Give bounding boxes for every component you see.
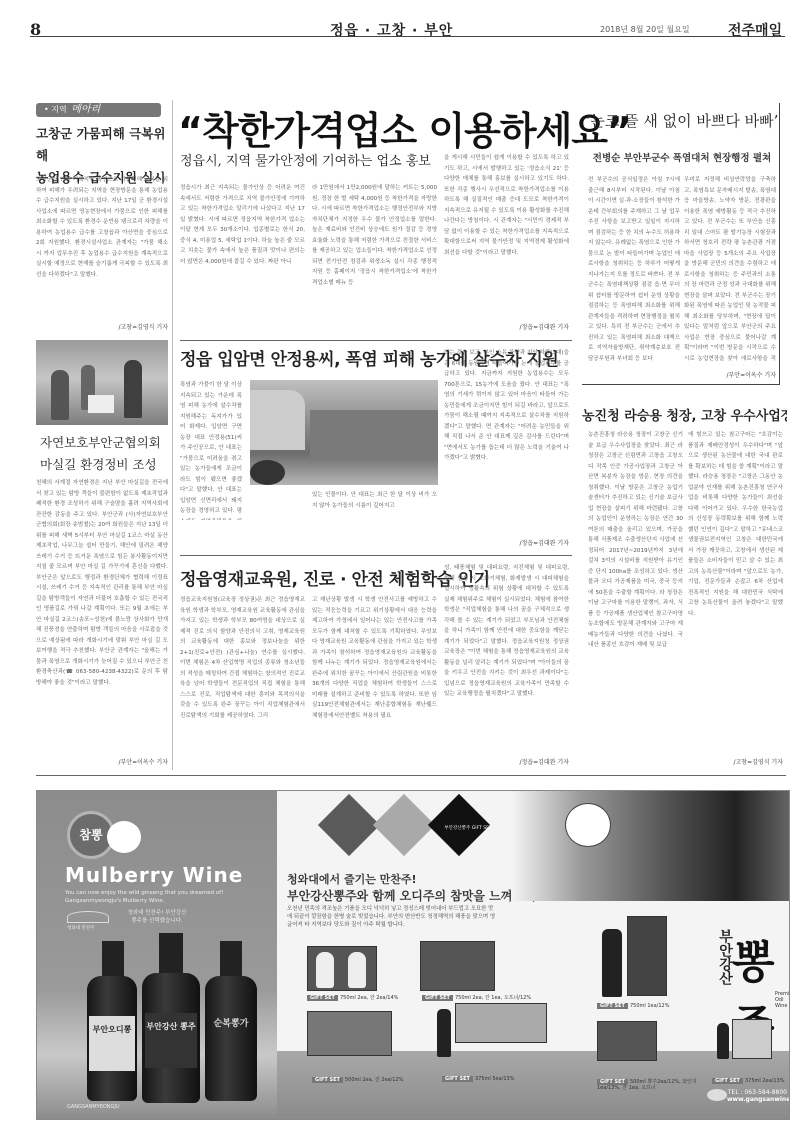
lead-byline: /정읍=김대완 기자 [444, 322, 569, 331]
maker-name: GANGSANMYEONGJU [67, 1103, 120, 1111]
fruit-diamond [373, 794, 435, 856]
giftset-label: GIFT SET375ml 5ea/13% [442, 1076, 514, 1082]
giftbox-wine-set [597, 1021, 657, 1061]
boxed-byline: /부안=이옥수 기자 [684, 370, 776, 379]
corner-byline: /고창=김영식 기자 [36, 322, 168, 331]
giftset-tag: GIFT SET [312, 1077, 343, 1083]
giftset-tag: GIFT SET [597, 1003, 628, 1009]
giftset-label: GIFT SET500ml 뽕주2ea/12%, 와인지1ea/13%, 잔 1… [597, 1079, 707, 1091]
header-divider [30, 36, 785, 37]
giftbox-basic [732, 1019, 772, 1059]
lead-col3: 을 게시해 시민들이 쉽게 이용할 수 있도록 하고 있기도 하고, 시에서 발… [444, 153, 569, 323]
boxed-col1: 전 부군수의 공식일정은 아침 7시에 출근해 8시부터 시작된다. 이날 아침… [588, 175, 680, 375]
company-logo-icon [707, 1089, 727, 1101]
mulberry-wine-ad[interactable]: 참뽕 Mulberry Wine You can now enjoy the w… [36, 790, 790, 1120]
ad-contact: TEL : 063-584-8800 www.gangsanwine.com [727, 1089, 787, 1103]
agri-col1: 농촌진흥청 라승용 청장이 고창군 신기술 보급 우수사업장을 찾았다. 최근 … [588, 430, 683, 760]
beach-cleanup-photo [36, 340, 168, 425]
ad-bottom-band [277, 1051, 790, 1120]
blue-house-icon [67, 911, 109, 923]
bottle-odi: 부안오디뽕 [87, 976, 137, 1101]
mascot-icon [565, 803, 611, 847]
lead-col1: 정읍시가 최근 지속되는 물가인상 등 어려운 여건 속에서도 저렴한 가격으로… [180, 183, 305, 333]
giftset-spec: 750ml 2ea, 잔 1ea, 오프너/12% [455, 995, 531, 1001]
blue-house-text: 청와대 만찬주! 부안강산뽕주를 선택했습니다. [127, 909, 187, 925]
boxed-subheadline: 전병순 부안부군수 폭염대처 현장행정 펼쳐 [582, 150, 782, 164]
giftset-label: GIFT SET750ml 1ea/12% [597, 1003, 669, 1009]
agri-col2: 에 힘쓰고 있는 참고구마는 "흐감이는 품질과 재배안정성이 우수하다"며 "… [688, 430, 783, 750]
wine-bottle [717, 1023, 729, 1059]
truck-byline: /정읍=김대완 기자 [444, 538, 569, 547]
issue-date: 2018년 8월 20일 월요일 [600, 24, 690, 35]
giftset-tag: GIFT SET [422, 995, 453, 1001]
giftset-tag: GIFT SET [307, 995, 338, 1001]
column-badge: • 지역 메아리 [36, 103, 161, 117]
odi-wine-text: Odi Wine [775, 997, 790, 1009]
giftset-label: GIFT SET375ml 2ea/13% [712, 1078, 784, 1084]
truck-col3: 있는 것을 보고, 본인 소유 차량과 지인 차량(3대)을 총 6대를 동원하… [444, 348, 569, 528]
giftset-spec: 500ml 2ea, 잔 2ea/12% [345, 1077, 403, 1083]
bottle-label: 부안강산 뽕주 [145, 1013, 197, 1068]
logo-text: 참뽕 [70, 814, 112, 856]
bottle-label: 부안오디뽕 [89, 1016, 135, 1071]
icebox [88, 395, 114, 413]
truck-col2: 있는 인물이다. 안 대표는 최근 한 달 이상 비가 오지 않아 농가들의 시… [312, 490, 437, 520]
bottle-neck [102, 941, 124, 981]
giftbox-wine-bag [627, 916, 667, 996]
lead-headline[interactable]: “착한가격업소 이용하세요” [178, 100, 631, 155]
giftset-spec: 750ml 2ea, 잔 2ea/14% [340, 995, 398, 1001]
education-col1: 정읍교육지원청(교육장 정상권)은 최근 정읍영재교육원 학생과 학부모, 영재… [180, 595, 305, 765]
giftbox-wine [420, 941, 495, 991]
section-divider [180, 555, 572, 556]
ad-description: 오천년 민족의 격조높은 기품을 오디 넉넉히 넣고 정성스레 빚어내어 부드럽… [287, 905, 497, 929]
wine-bottle [602, 929, 622, 997]
blue-house-caption: 청와대 만찬주 [67, 925, 95, 933]
section-divider [180, 340, 572, 341]
giftbox-white [307, 946, 377, 991]
bottle-neck [159, 933, 183, 978]
ad-headline1: 청와대에서 즐기는 만찬주! [287, 871, 417, 887]
giftset-spec: 375ml 5ea/13% [475, 1076, 515, 1082]
giftset-tag: GIFT SET [442, 1076, 473, 1082]
ad-premium: Premium Odi Wine [775, 991, 790, 1009]
bottle-label: 순복뽕가 [207, 1016, 255, 1046]
field [310, 410, 438, 460]
ad-website[interactable]: www.gangsanwine.com [727, 1096, 787, 1103]
bottle-bokbunja: 순복뽕가 [205, 976, 257, 1101]
lead-col2: 라 1만원에서 1만2,000원에 달하는 커트는 5,000원, 정장 한 벌… [312, 183, 437, 333]
corner-body: 고창군이 연일 기록적인 폭염으로 가뭄피해 극복을 위하여 피해가 우려되는 … [36, 175, 168, 325]
agri-byline: /고창=김영식 기자 [688, 757, 783, 766]
giftset-spec: 375ml 2ea/13% [745, 1078, 785, 1084]
mulberry-diamond [318, 794, 380, 856]
giftset-diamond-label: 부안강산뽕주 GIFT SET [437, 825, 499, 831]
section-title: 정읍 · 고창 · 부안 [330, 20, 453, 40]
person-figure [51, 370, 69, 420]
agri-headline[interactable]: 농진청 라승용 청장, 고창 우수사업장 현장방문 [582, 405, 787, 424]
nature-headline-line1: 자연보호부안군협의회 [40, 432, 175, 454]
nature-byline: /부안=이옥수 기자 [36, 757, 168, 766]
education-col3: 성, 태풍체험 및 대피요령, 지진체험 및 대피요령, 화재 발생 시 소화기… [444, 563, 569, 758]
badge-big: 메아리 [71, 104, 100, 115]
boxed-headline[interactable]: ‘눈코 뜰 새 없이 바쁘다 바빠’ [582, 110, 782, 131]
bottle-neck [220, 941, 242, 981]
wine-bottle [437, 1009, 451, 1057]
newspaper-name: 전주매일 [728, 20, 782, 40]
badge-small: 지역 [51, 105, 66, 114]
truck-wheel [250, 460, 285, 485]
truck-col1-top: 폭염과 가뭄이 한 달 이상 지속되고 있는 가운데 폭염 피해 농가에 살수차… [180, 380, 242, 520]
giftset-label: GIFT SET750ml 2ea, 잔 2ea/14% [307, 994, 398, 1001]
boxed-col2: 우미로 지정해 비상연락망을 구축하고, 폭염특보 문자메시지 발송, 폭염대응… [684, 175, 776, 365]
education-col2: 고 재난상황 발생 시 학생 안전사고를 예방하고 수 있는 적응능력을 기르고… [312, 595, 437, 765]
giftset-spec: 750ml 1ea/12% [630, 1003, 670, 1009]
education-byline: /정읍=김대완 기자 [444, 757, 569, 766]
ad-tel: TEL : 063-584-8800 [727, 1089, 787, 1096]
truck-tank [250, 390, 305, 450]
ad-divider [36, 775, 786, 776]
mascot-icon [107, 821, 141, 853]
corner-headline-line1: 고창군 가뭄피해 극복위해 [36, 123, 171, 167]
ad-brand: Mulberry Wine [65, 863, 243, 887]
nature-headline[interactable]: 자연보호부안군협의회 마실길 환경정비 조성 [40, 432, 175, 476]
water-truck-photo [250, 380, 438, 485]
giftset-tag: GIFT SET [712, 1078, 743, 1084]
column-divider [172, 100, 173, 770]
giftbox-ceramic [455, 1003, 547, 1043]
giftset-label: GIFT SET750ml 2ea, 잔 1ea, 오프너/12% [422, 994, 531, 1001]
nature-body: 천혜의 사계절 자연환경은 지난 부안 마실길을 전국에서 찾고 있는 탐방 객… [36, 478, 168, 768]
ad-brand-sub: You can now enjoy the wild ginseng that … [65, 889, 245, 905]
mulberry-photo [512, 791, 790, 901]
giftset-label: GIFT SET500ml 2ea, 잔 2ea/12% [312, 1076, 403, 1083]
person-figure [124, 360, 142, 418]
nature-headline-line2: 마실길 환경정비 조성 [40, 454, 175, 476]
giftbox-pottery [307, 1011, 392, 1056]
badge-bullet-icon: • [44, 105, 49, 114]
bottle-gangsan: 부안강산 뽕주 [142, 973, 200, 1103]
lead-subheadline: 정읍시, 지역 물가안정에 기여하는 업소 홍보 [180, 150, 431, 169]
